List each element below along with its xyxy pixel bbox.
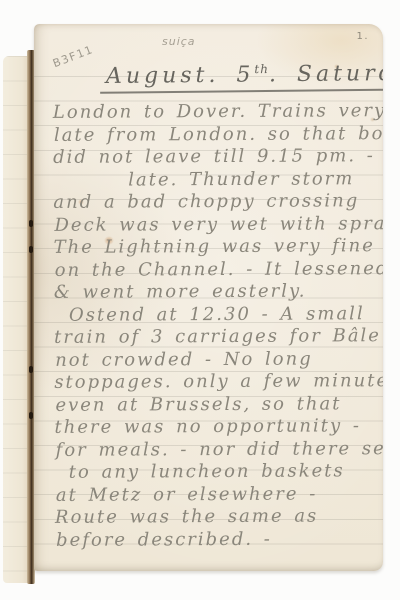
diary-line: before described. - <box>56 528 383 552</box>
diary-page: B3F11 suiça 1. August. 5th. Saturday Lon… <box>34 24 383 571</box>
diary-line: and a bad choppy crossing <box>53 190 383 214</box>
annotation-page-number: 1. <box>356 31 369 42</box>
diary-line: to any luncheon baskets <box>69 460 383 484</box>
facing-page-edge <box>3 56 30 583</box>
diary-photo: B3F11 suiça 1. August. 5th. Saturday Lon… <box>0 0 400 600</box>
diary-line: did not leave till 9.15 pm. - <box>53 145 383 169</box>
binding-stitch <box>29 246 33 253</box>
diary-line: Deck was very wet with spray <box>54 213 383 237</box>
diary-line: London to Dover. Trains very <box>53 100 383 124</box>
annotation-pencil-note: suiça <box>162 35 196 48</box>
heading-ordinal-suffix: th <box>254 62 269 76</box>
heading-day: . Saturday <box>269 61 383 88</box>
binding-stitch <box>29 412 33 419</box>
diary-line: late from London. so that boat <box>54 123 383 147</box>
diary-line: Ostend at 12.30 - A small <box>69 303 383 327</box>
diary-line: on the Channel. - It lessened <box>55 258 383 282</box>
diary-line: late. Thunder storm <box>128 168 383 192</box>
binding-stitch <box>29 366 33 373</box>
annotation-archival-code: B3F11 <box>51 43 95 70</box>
diary-line: even at Brussels, so that <box>55 393 383 417</box>
diary-line: there was no opportunity - <box>54 415 383 439</box>
diary-line: Route was the same as <box>55 505 383 529</box>
diary-line: for meals. - nor did there seem <box>56 438 383 462</box>
binding-stitch <box>29 220 33 227</box>
entry-body: London to Dover. Trains very late from L… <box>53 100 383 552</box>
diary-line: The Lightning was very fine <box>54 235 383 259</box>
heading-date: August. 5 <box>106 62 255 89</box>
diary-line: & went more easterly. <box>54 280 383 304</box>
diary-line: stoppages. only a few minutes <box>54 370 383 394</box>
entry-heading: August. 5th. Saturday <box>100 60 383 94</box>
diary-line: train of 3 carriages for Bâle <box>54 325 383 349</box>
diary-line: at Metz or elsewhere - <box>56 483 383 507</box>
diary-line: not crowded - No long <box>55 348 383 372</box>
